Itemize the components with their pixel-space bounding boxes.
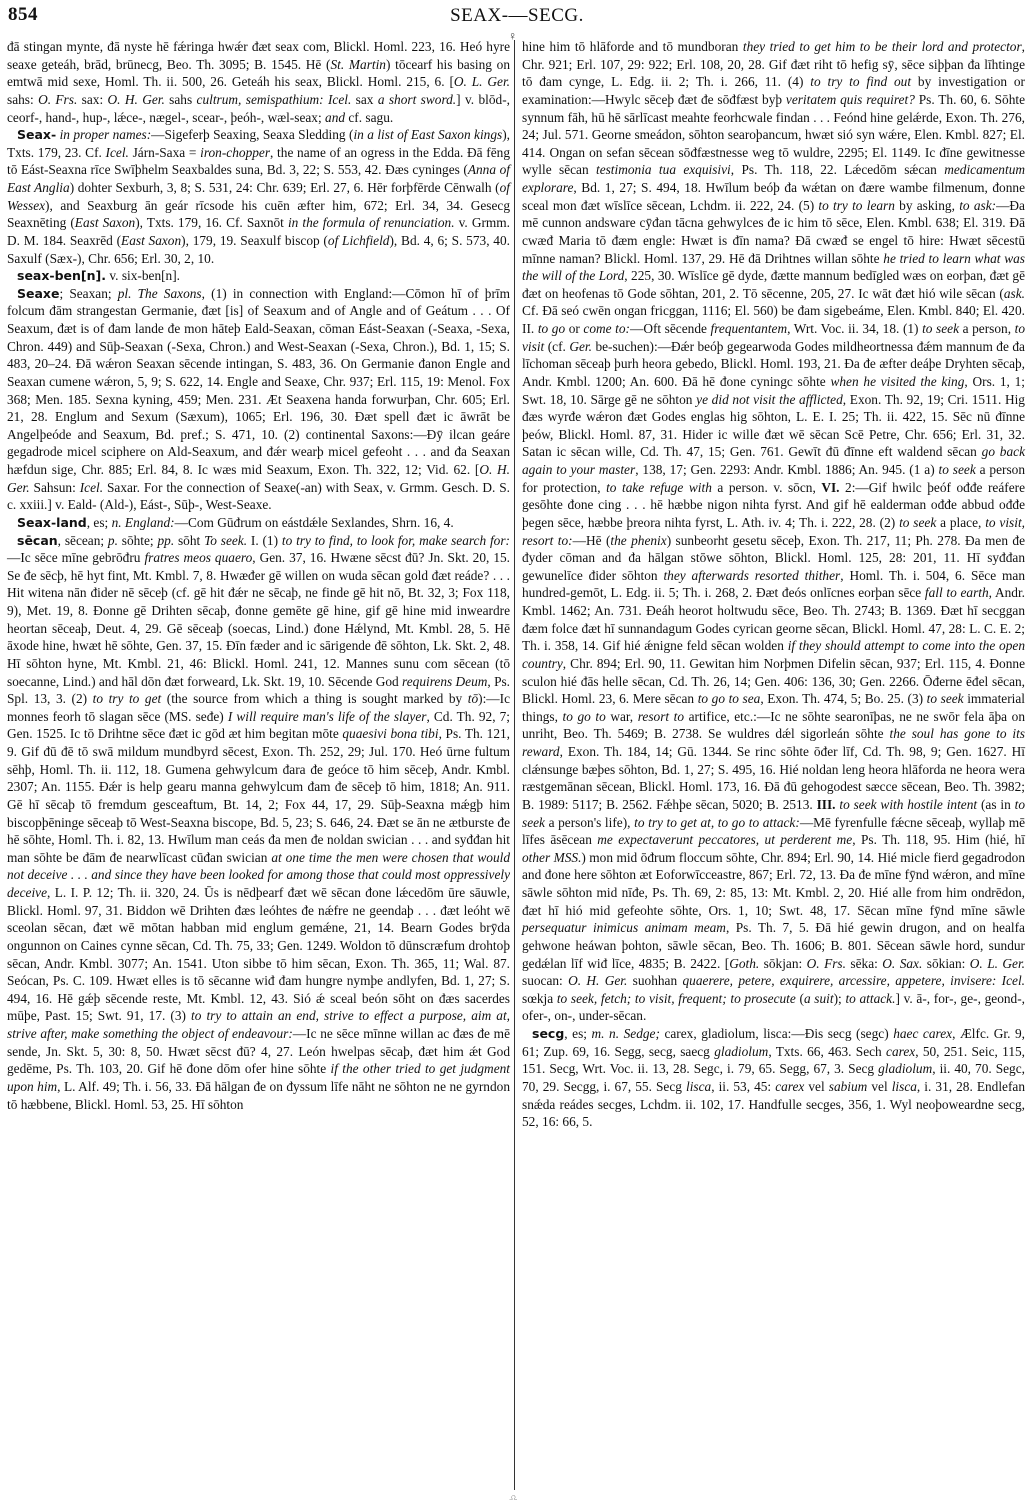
italic-text: to seek: [927, 691, 964, 706]
entry-text: , es;: [87, 515, 112, 530]
entry-text: hine him tō hlāforde and tō mundboran: [522, 39, 743, 54]
entry-text: a place,: [936, 515, 985, 530]
entry-text: ), 179, 19. Seaxulf biscop (: [181, 233, 328, 248]
entry-headword: secg: [532, 1026, 564, 1041]
italic-text: lisca: [892, 1079, 917, 1094]
entry-text: , Ps. Th. 121, 9. Gif đū đē tō swā mildu…: [7, 726, 510, 864]
italic-text: ye did not visit the afflicted: [696, 392, 843, 407]
entry-headword: Seax-land: [17, 515, 87, 530]
italic-text: haec carex: [893, 1026, 952, 1041]
italic-text: to seek, fetch; to visit, frequent; to p…: [557, 991, 796, 1006]
italic-text: carex: [886, 1044, 915, 1059]
dictionary-entry: seax-ben[n]. v. six-ben[n].: [7, 267, 510, 285]
entry-text: war,: [606, 709, 638, 724]
italic-text: iron-chopper: [200, 145, 270, 160]
entry-text: sax: [351, 92, 378, 107]
italic-text: of Lichfield: [328, 233, 390, 248]
dictionary-entry: Seaxe; Seaxan; pl. The Saxons, (1) in co…: [7, 285, 510, 514]
italic-text: requirens Deum: [402, 674, 487, 689]
entry-text: ; Seaxan;: [59, 286, 117, 301]
entry-text: , L. Alf. 49; Th. i. 56, 33. Đā hālgan đ…: [7, 1079, 510, 1112]
italic-text: persequatur inimicus animam meam: [522, 920, 726, 935]
column-divider-rule: [514, 40, 515, 1490]
italic-text: Icel.: [80, 480, 103, 495]
italic-text: they afterwards resorted thither: [663, 568, 840, 583]
entry-text: by asking,: [895, 198, 959, 213]
entry-text: carex, gladiolum, lisca:—Đis secg (segc): [660, 1026, 893, 1041]
entry-text: , ii. 53, 45:: [711, 1079, 775, 1094]
italic-text: gladiolum: [878, 1061, 932, 1076]
italic-text: and: [325, 110, 345, 125]
entry-text: sœkja: [522, 991, 557, 1006]
entry-continuation: đā stingan mynte, đā nyste hē fǽringa hw…: [7, 38, 510, 126]
entry-text: , Gen. 37, 16. Hwæne sēcst đū? Jn. Skt. …: [7, 550, 510, 688]
italic-text: St. Martin: [331, 57, 386, 72]
italic-text: a suit: [804, 991, 834, 1006]
italic-text: to go to sea: [698, 691, 761, 706]
entry-text: (as in: [977, 797, 1015, 812]
entry-text: , Ps. Th. 118, 22. Lǽcedōm sǽcan: [731, 162, 944, 177]
italic-text: pp.: [157, 533, 174, 548]
italic-text: To seek.: [204, 533, 247, 548]
italic-text: fall to earth: [925, 585, 989, 600]
entry-text: , L. I. P. 12; Th. ii. 320, 24. Ūs is nē…: [7, 885, 510, 1023]
italic-text: quaerere, petere, exquirere, arcessire, …: [683, 973, 1026, 988]
entry-text: vel: [867, 1079, 891, 1094]
italic-text: other MSS.: [522, 850, 581, 865]
entry-text: —Com Gūđrum on eástdǽle Sexlandes, Shrn.…: [175, 515, 454, 530]
entry-text: a person's life),: [545, 815, 634, 830]
entry-text: , Txts. 66, 463. Sech: [768, 1044, 886, 1059]
italic-text: to take refuge with: [606, 480, 712, 495]
italic-text: ask.: [1004, 286, 1025, 301]
italic-text: O. H. Ger.: [108, 92, 165, 107]
entry-text: v. six-ben[n].: [106, 268, 180, 283]
italic-text: O. H. Ger.: [568, 973, 627, 988]
entry-text: III.: [817, 797, 836, 812]
italic-text: testimonia tua exquisivi: [596, 162, 731, 177]
italic-text: to seek: [922, 321, 959, 336]
italic-text: Ger.: [569, 339, 592, 354]
entry-text: sōkjan:: [759, 956, 806, 971]
italic-text: in proper names:: [56, 127, 151, 142]
entry-text: (cf.: [544, 339, 569, 354]
entry-text: I. (1): [247, 533, 282, 548]
italic-text: pl. The Saxons: [118, 286, 202, 301]
entry-text: —Sigeferþ Seaxing, Seaxa Sledding (: [151, 127, 353, 142]
italic-text: Icel.: [106, 145, 129, 160]
italic-text: East Saxon: [75, 215, 135, 230]
italic-text: a short sword.: [378, 92, 456, 107]
entry-text: (: [796, 991, 804, 1006]
entry-text: suocan:: [522, 973, 568, 988]
italic-text: cultrum, semispathium: Icel.: [197, 92, 352, 107]
italic-text: m. n. Sedge;: [592, 1026, 660, 1041]
entry-text: sahs: [165, 92, 197, 107]
entry-headword: Seaxe: [17, 286, 59, 301]
italic-text: n. England:: [112, 515, 175, 530]
entry-continuation: hine him tō hlāforde and tō mundboran th…: [522, 38, 1025, 1025]
italic-text: quaesivi bona tibi: [342, 726, 438, 741]
italic-text: in the formula of renunciation.: [288, 215, 455, 230]
italic-text: in a list of East Saxon kings: [353, 127, 502, 142]
italic-text: Goth.: [729, 956, 759, 971]
italic-text: to try to get at, to go to attack:: [634, 815, 800, 830]
dictionary-entry: secg, es; m. n. Sedge; carex, gladiolum,…: [522, 1025, 1025, 1131]
entry-headword: seax-ben[n].: [17, 268, 106, 283]
entry-text: ), Txts. 179, 16. Cf. Saxnōt: [135, 215, 288, 230]
left-column: đā stingan mynte, đā nyste hē fǽringa hw…: [7, 38, 510, 1113]
entry-text: , es;: [564, 1026, 591, 1041]
dictionary-entry: Seax-land, es; n. England:—Com Gūđrum on…: [7, 514, 510, 532]
italic-text: O. Frs.: [38, 92, 77, 107]
italic-text: O. Frs.: [807, 956, 846, 971]
entry-text: ) mon mid ōđrum floccum sōhte, Chr. 894;…: [522, 850, 1025, 918]
italic-text: to seek: [939, 462, 976, 477]
entry-text: , Exon. Th. 474, 5; Bo. 25. (3): [760, 691, 926, 706]
italic-text: to try to find, to look for, make search…: [282, 533, 510, 548]
entry-text: , sēcean;: [58, 533, 108, 548]
entry-text: , 138, 17; Gen. 2293: Andr. Kmbl. 1886; …: [635, 462, 938, 477]
italic-text: East Saxon: [121, 233, 181, 248]
entry-text: sōhte;: [118, 533, 158, 548]
italic-text: tō: [468, 691, 478, 706]
italic-text: to go to: [563, 709, 606, 724]
entry-headword: sēcan: [17, 533, 58, 548]
italic-text: to try to learn: [818, 198, 895, 213]
italic-text: carex: [775, 1079, 804, 1094]
entry-text: sahs:: [7, 92, 38, 107]
entry-text: sōkian:: [922, 956, 969, 971]
entry-text: —Oft sēcende: [630, 321, 711, 336]
italic-text: to seek: [899, 515, 936, 530]
entry-text: ) dohter Sexburh, 3, 8; S. 531, 24: Chr.…: [70, 180, 500, 195]
page-header: 854 SEAX-—SECG.: [8, 4, 1026, 34]
italic-text: lisca: [686, 1079, 711, 1094]
right-column: hine him tō hlāforde and tō mundboran th…: [522, 38, 1025, 1131]
italic-text: p.: [108, 533, 118, 548]
italic-text: sabium: [829, 1079, 868, 1094]
entry-text: , Wrt. Voc. ii. 34, 18. (1): [787, 321, 922, 336]
entry-text: );: [834, 991, 846, 1006]
italic-text: O. Sax.: [882, 956, 922, 971]
italic-text: to try to get: [93, 691, 162, 706]
italic-text: to attack.: [845, 991, 895, 1006]
italic-text: O. L. Ger.: [454, 74, 510, 89]
italic-text: to seek with hostile intent: [839, 797, 977, 812]
italic-text: gladiolum: [714, 1044, 768, 1059]
entry-text: cf. sagu.: [345, 110, 393, 125]
entry-text: —Ic sēce mīne gebrōđru: [7, 550, 144, 565]
entry-text: a person,: [959, 321, 1015, 336]
entry-text: , Ps. Th. 118, 95. Him (hié, hī: [852, 832, 1025, 847]
italic-text: frequentantem: [711, 321, 788, 336]
column-rule-ornament-bottom-icon: ♧: [508, 1494, 519, 1500]
italic-text: resort to: [638, 709, 684, 724]
entry-headword: Seax-: [17, 127, 56, 142]
italic-text: when he visited the king: [830, 374, 964, 389]
italic-text: to try to find out: [810, 74, 911, 89]
italic-text: to ask:: [959, 198, 996, 213]
entry-text: a person. v. sōcn,: [712, 480, 821, 495]
dictionary-entry: Seax- in proper names:—Sigeferþ Seaxing,…: [7, 126, 510, 267]
entry-text: suohhan: [627, 973, 682, 988]
entry-text: Sahsun:: [30, 480, 80, 495]
italic-text: fratres meos quaero: [144, 550, 252, 565]
italic-text: come to:: [583, 321, 630, 336]
entry-text: VI.: [821, 480, 839, 495]
italic-text: I will require man's life of the slayer: [228, 709, 427, 724]
entry-text: Járn-Saxa =: [129, 145, 200, 160]
italic-text: veritatem quis requiret?: [786, 92, 915, 107]
entry-text: sax:: [77, 92, 107, 107]
italic-text: me expectaverunt peccatores, ut perderen…: [597, 832, 852, 847]
italic-text: O. L. Ger.: [970, 956, 1025, 971]
entry-text: (the source from which a thing is sought…: [161, 691, 468, 706]
italic-text: to go: [538, 321, 565, 336]
italic-text: they tried to get him to be their lord a…: [743, 39, 1022, 54]
italic-text: the phenix: [610, 533, 666, 548]
entry-text: —Hē (: [573, 533, 611, 548]
entry-text: vel: [804, 1079, 828, 1094]
entry-text: sōht: [174, 533, 204, 548]
entry-text: sēka:: [846, 956, 882, 971]
running-head: SEAX-—SECG.: [8, 5, 1026, 27]
entry-text: , (1) in connection with England:—Cōmon …: [7, 286, 510, 477]
entry-text: or: [565, 321, 583, 336]
dictionary-entry: sēcan, sēcean; p. sōhte; pp. sōht To see…: [7, 532, 510, 1114]
